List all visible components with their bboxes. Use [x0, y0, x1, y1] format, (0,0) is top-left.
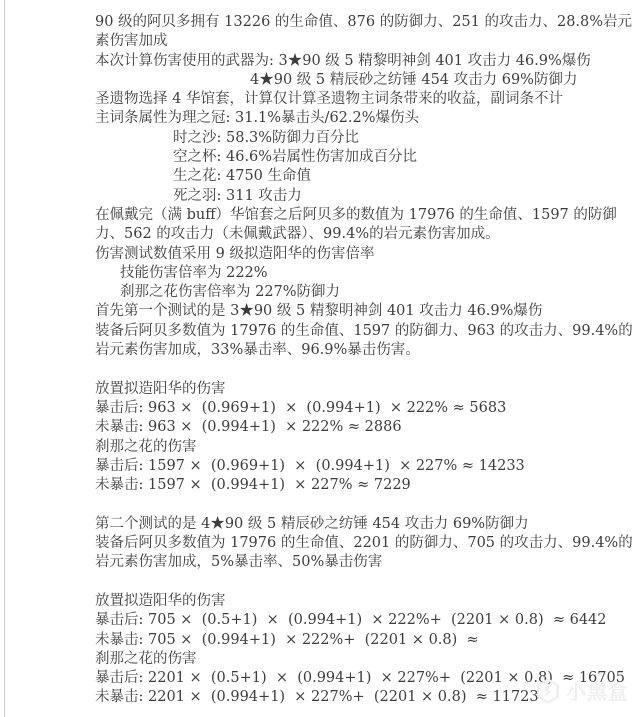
- watermark-label: 小黑盒: [566, 676, 629, 705]
- text-line: 力、562 的攻击力（未佩戴武器）、99.4%的岩元素伤害加成。: [95, 225, 565, 244]
- text-line: 4★90 级 5 精辰砂之纺锤 454 攻击力 69%防御力: [95, 71, 565, 90]
- text-line: 圣遗物选择 4 华馆套，计算仅计算圣遗物主词条带来的收益，副词条不计: [95, 90, 565, 109]
- text-line: 生之花: 4750 生命值: [95, 167, 565, 186]
- document-body: 90 级的阿贝多拥有 13226 的生命值、876 的防御力、251 的攻击力、…: [95, 13, 565, 708]
- text-line: 岩元素伤害加成，5%暴击率、50%暴击伤害: [95, 553, 565, 572]
- text-line: 主词条属性为理之冠: 31.1%暴击头/62.2%爆伤头: [95, 109, 565, 128]
- blank-line: [95, 360, 565, 379]
- text-line: 在佩戴完（满 buff）华馆套之后阿贝多的数值为 17976 的生命值、1597…: [95, 206, 565, 225]
- text-line: 岩元素伤害加成，33%暴击率、96.9%暴击伤害。: [95, 341, 565, 360]
- text-line: 死之羽: 311 攻击力: [95, 187, 565, 206]
- text-line: 90 级的阿贝多拥有 13226 的生命值、876 的防御力、251 的攻击力、…: [95, 13, 565, 32]
- text-line: 刹那之花的伤害: [95, 438, 565, 457]
- text-line: 刹那之花伤害倍率为 227%防御力: [95, 283, 565, 302]
- document-page: 90 级的阿贝多拥有 13226 的生命值、876 的防御力、251 的攻击力、…: [0, 0, 635, 717]
- text-line: 未暴击: 963 × (0.994+1) × 222% ≈ 2886: [95, 418, 565, 437]
- text-line: 放置拟造阳华的伤害: [95, 592, 565, 611]
- text-line: 第二个测试的是 4★90 级 5 精辰砂之纺锤 454 攻击力 69%防御力: [95, 515, 565, 534]
- xiaoheihe-hexagon-logo-icon: [535, 678, 561, 704]
- text-line: 放置拟造阳华的伤害: [95, 380, 565, 399]
- text-line: 伤害测试数值采用 9 级拟造阳华的伤害倍率: [95, 245, 565, 264]
- text-line: 本次计算伤害使用的武器为: 3★90 级 5 精黎明神剑 401 攻击力 46.…: [95, 52, 565, 71]
- text-line: 暴击后: 2201 × (0.5+1) × (0.994+1) × 227%+ …: [95, 669, 565, 688]
- text-line: 技能伤害倍率为 222%: [95, 264, 565, 283]
- text-line: 首先第一个测试的是 3★90 级 5 精黎明神剑 401 攻击力 46.9%爆伤: [95, 302, 565, 321]
- text-line: 暴击后: 1597 × (0.969+1) × (0.994+1) × 227%…: [95, 457, 565, 476]
- text-line: 素伤害加成: [95, 32, 565, 51]
- text-line: 装备后阿贝多数值为 17976 的生命值、1597 的防御力、963 的攻击力、…: [95, 322, 565, 341]
- blank-line: [95, 495, 565, 514]
- watermark: 小黑盒: [535, 676, 629, 705]
- page-edge-line: [4, 0, 5, 717]
- blank-line: [95, 573, 565, 592]
- text-line: 未暴击: 705 × (0.994+1) × 222%+ (2201 × 0.8…: [95, 631, 565, 650]
- text-line: 暴击后: 705 × (0.5+1) × (0.994+1) × 222%+ (…: [95, 611, 565, 630]
- text-line: 刹那之花的伤害: [95, 650, 565, 669]
- text-line: 未暴击: 2201 × (0.994+1) × 227%+ (2201 × 0.…: [95, 688, 565, 707]
- text-line: 时之沙: 58.3%防御力百分比: [95, 129, 565, 148]
- text-line: 未暴击: 1597 × (0.994+1) × 227% ≈ 7229: [95, 476, 565, 495]
- text-line: 空之杯: 46.6%岩属性伤害加成百分比: [95, 148, 565, 167]
- text-line: 装备后阿贝多数值为 17976 的生命值、2201 的防御力、705 的攻击力、…: [95, 534, 565, 553]
- text-line: 暴击后: 963 × (0.969+1) × (0.994+1) × 222% …: [95, 399, 565, 418]
